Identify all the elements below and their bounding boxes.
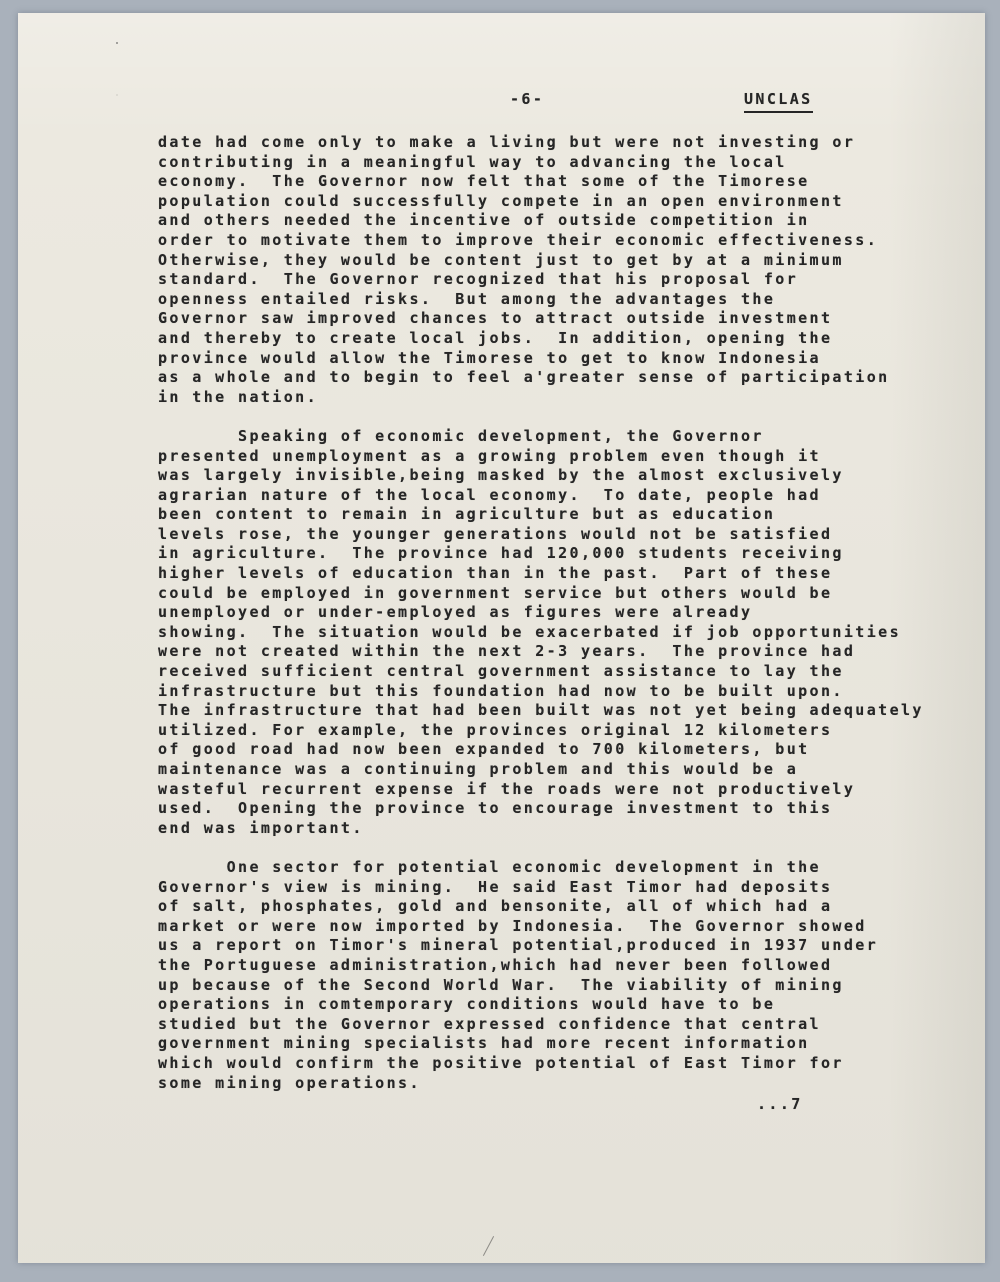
text-line: Governor saw improved chances to attract…	[158, 309, 968, 329]
text-line: used. Opening the province to encourage …	[158, 799, 968, 819]
page-number: -6-	[510, 90, 544, 110]
text-line: which would confirm the positive potenti…	[158, 1054, 968, 1074]
text-line: presented unemployment as a growing prob…	[158, 447, 968, 467]
text-line: Otherwise, they would be content just to…	[158, 251, 968, 271]
text-line: of good road had now been expanded to 70…	[158, 740, 968, 760]
text-line: received sufficient central government a…	[158, 662, 968, 682]
text-line: One sector for potential economic develo…	[158, 858, 968, 878]
text-line: contributing in a meaningful way to adva…	[158, 153, 968, 173]
text-line: levels rose, the younger generations wou…	[158, 525, 968, 545]
text-line: utilized. For example, the provinces ori…	[158, 721, 968, 741]
text-line: Governor's view is mining. He said East …	[158, 878, 968, 898]
text-line: market or were now imported by Indonesia…	[158, 917, 968, 937]
text-line: Speaking of economic development, the Go…	[158, 427, 968, 447]
text-line: wasteful recurrent expense if the roads …	[158, 780, 968, 800]
scan-speckle	[116, 42, 118, 44]
document-body: date had come only to make a living but …	[158, 133, 968, 1093]
page-header: -6- UNCLAS	[18, 90, 985, 110]
text-line: the Portuguese administration,which had …	[158, 956, 968, 976]
text-line: infrastructure but this foundation had n…	[158, 682, 968, 702]
paragraph: One sector for potential economic develo…	[158, 858, 968, 1093]
text-line: and thereby to create local jobs. In add…	[158, 329, 968, 349]
text-line: economy. The Governor now felt that some…	[158, 172, 968, 192]
text-line: maintenance was a continuing problem and…	[158, 760, 968, 780]
paragraph: Speaking of economic development, the Go…	[158, 427, 968, 838]
text-line: in the nation.	[158, 388, 968, 408]
scan-background: -6- UNCLAS date had come only to make a …	[0, 0, 1000, 1282]
text-line: was largely invisible,being masked by th…	[158, 466, 968, 486]
text-line: studied but the Governor expressed confi…	[158, 1015, 968, 1035]
text-line: were not created within the next 2-3 yea…	[158, 642, 968, 662]
classification-marking: UNCLAS	[744, 90, 813, 113]
text-line: of salt, phosphates, gold and bensonite,…	[158, 897, 968, 917]
text-line: higher levels of education than in the p…	[158, 564, 968, 584]
text-line: end was important.	[158, 819, 968, 839]
continuation-marker: ...7	[757, 1095, 803, 1115]
text-line: operations in comtemporary conditions wo…	[158, 995, 968, 1015]
text-line: population could successfully compete in…	[158, 192, 968, 212]
text-line: and others needed the incentive of outsi…	[158, 211, 968, 231]
text-line: been content to remain in agriculture bu…	[158, 505, 968, 525]
document-page: -6- UNCLAS date had come only to make a …	[18, 13, 985, 1263]
stray-mark	[483, 1236, 494, 1256]
paragraph: date had come only to make a living but …	[158, 133, 968, 407]
text-line: openness entailed risks. But among the a…	[158, 290, 968, 310]
text-line: showing. The situation would be exacerba…	[158, 623, 968, 643]
text-line: order to motivate them to improve their …	[158, 231, 968, 251]
text-line: province would allow the Timorese to get…	[158, 349, 968, 369]
text-line: us a report on Timor's mineral potential…	[158, 936, 968, 956]
text-line: government mining specialists had more r…	[158, 1034, 968, 1054]
text-line: could be employed in government service …	[158, 584, 968, 604]
text-line: up because of the Second World War. The …	[158, 976, 968, 996]
text-line: unemployed or under-employed as figures …	[158, 603, 968, 623]
text-line: date had come only to make a living but …	[158, 133, 968, 153]
text-line: agrarian nature of the local economy. To…	[158, 486, 968, 506]
text-line: as a whole and to begin to feel a'greate…	[158, 368, 968, 388]
text-line: in agriculture. The province had 120,000…	[158, 544, 968, 564]
text-line: The infrastructure that had been built w…	[158, 701, 968, 721]
text-line: some mining operations.	[158, 1074, 968, 1094]
text-line: standard. The Governor recognized that h…	[158, 270, 968, 290]
